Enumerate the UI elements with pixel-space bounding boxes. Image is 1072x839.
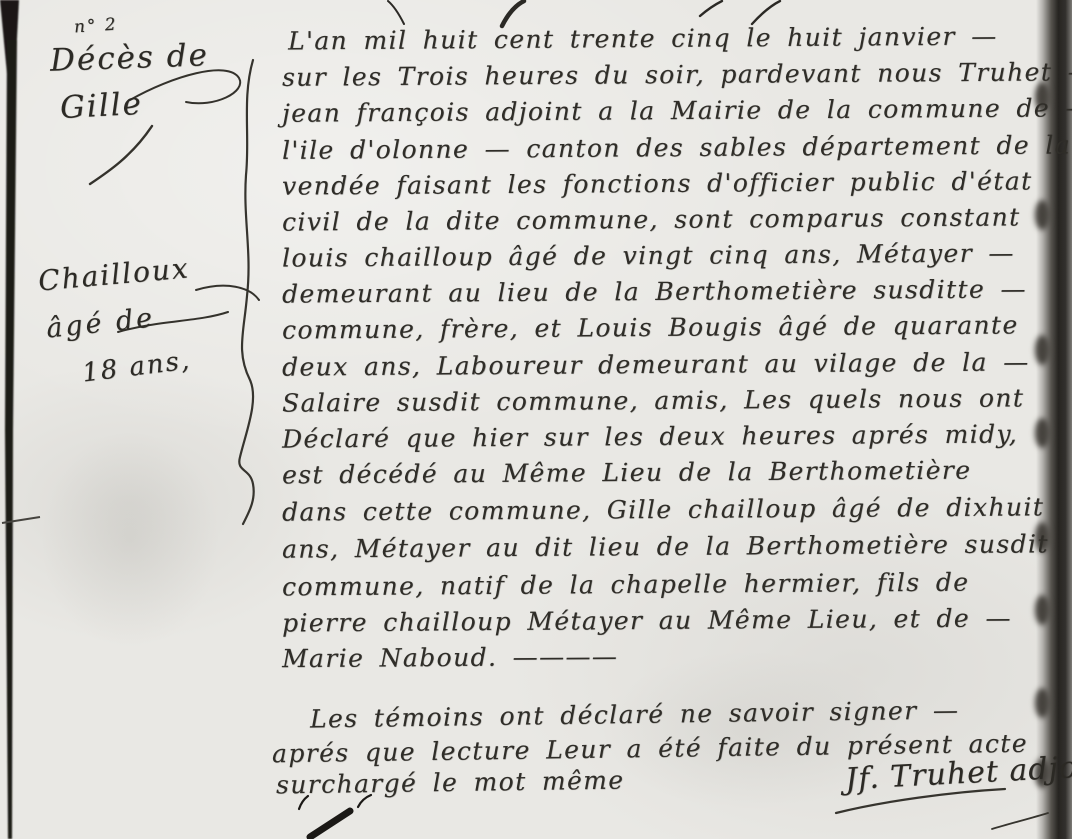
closing-line: Les témoins ont déclaré ne savoir signer… [310,695,960,733]
page-edge-blob [1035,200,1050,230]
act-line: deux ans, Laboureur demeurant au vilage … [282,347,1030,381]
page-binding-left [0,0,19,839]
act-line: civil de la dite commune, sont comparus … [282,202,1021,236]
act-line: ans, Métayer au dit lieu de la Berthomet… [282,529,1049,563]
margin-deceased-line: âgé de [45,302,157,344]
top-cutoff-strokes [388,1,780,26]
act-brace [239,60,253,524]
act-line: demeurant au lieu de la Berthometière su… [282,274,1027,308]
act-line: jean françois adjoint a la Mairie de la … [282,93,1072,128]
act-line: est décédé au Même Lieu de la Berthometi… [282,456,972,490]
margin-deceased-line: Chailloux [37,251,191,297]
act-line: Marie Naboud. ———— [282,642,618,673]
act-line: sur les Trois heures du soir, pardevant … [282,57,1072,92]
margin-title-line: Gille [59,86,144,126]
act-line: pierre chailloup Métayer au Même Lieu, e… [282,603,1012,637]
page-edge-blob [1035,595,1050,625]
act-line: commune, natif de la chapelle hermier, f… [282,568,970,602]
closing-line: surchargé le mot même [276,766,625,800]
margin-act-number: n° 2 [73,15,118,38]
scanned-register-page: n° 2 Décès de Gille Chailloux âgé de 18 … [0,0,1072,839]
page-edge-blob [1035,418,1050,448]
act-line: louis chailloup âgé de vingt cinq ans, M… [282,238,1015,272]
margin-title-line: Décès de [49,37,209,79]
margin-tick [2,517,40,523]
act-line: vendée faisant les fonctions d'officier … [282,166,1033,200]
page-edge-blob [1035,335,1050,365]
paper-stain [40,430,220,650]
act-line: Déclaré que hier sur les deux heures apr… [282,419,1018,453]
act-line: L'an mil huit cent trente cinq le huit j… [288,22,998,56]
margin-deceased-line: 18 ans, [81,345,193,388]
act-line: dans cette commune, Gille chailloup âgé … [282,492,1044,526]
page-edge-right [1036,0,1072,839]
act-line: Salaire susdit commune, amis, Les quels … [282,383,1025,417]
bottom-cutoff-strokes [299,795,371,837]
act-line: commune, frère, et Louis Bougis âgé de q… [282,310,1019,344]
page-edge-blob [1035,688,1050,718]
act-line: l'ile d'olonne — canton des sables dépar… [282,130,1072,165]
